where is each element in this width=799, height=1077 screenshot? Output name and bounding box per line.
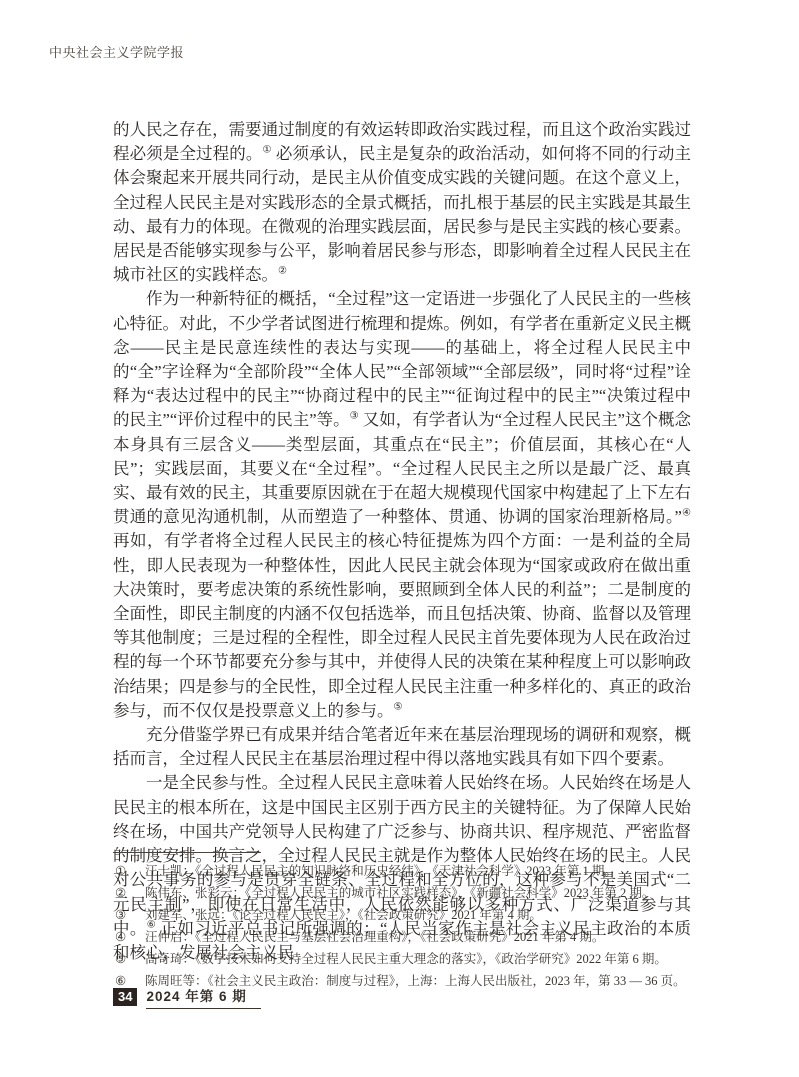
body-paragraph: 作为一种新特征的概括，“全过程”这一定语进一步强化了人民民主的一些核心特征。对此…	[113, 287, 691, 723]
footnote-marker: ⑤	[113, 950, 145, 968]
footnote-marker: ③	[113, 906, 145, 924]
footnotes-list: ①汪士凯：《全过程人民民主的知识脉络和历史经纬》，《天津社会科学》2023 年第…	[113, 862, 691, 990]
footnote-text: 汪仲启：《全过程人民民主与基层社会治理重构》，《社会政策研究》2021 年第 4…	[145, 928, 691, 946]
footnote-text: 高奇琦：《数字技术如何支持全过程人民民主重大理念的落实》，《政治学研究》2022…	[145, 950, 691, 968]
footnote-text: 陈伟东、张彩云：《全过程人民民主的城市社区实践样态》，《新疆社会科学》2023 …	[145, 884, 691, 902]
footnote-text: 刘建军、张远：《论全过程人民民主》，《社会政策研究》2021 年第 4 期。	[145, 906, 691, 924]
paragraph-text: 再如，有学者将全过程人民民主的核心特征提炼为四个方面：一是利益的全局性，即人民表…	[113, 531, 691, 719]
body-text: 的人民之存在，需要通过制度的有效运转即政治实践过程，而且这个政治实践过程必须是全…	[113, 118, 691, 965]
footnote-marker: ④	[113, 928, 145, 946]
footnote-item: ⑤高奇琦：《数字技术如何支持全过程人民民主重大理念的落实》，《政治学研究》202…	[113, 950, 691, 968]
paragraph-text: 必须承认，民主是复杂的政治活动，如何将不同的行动主体会聚起来开展共同行动，是民主…	[113, 144, 691, 284]
footnote-item: ②陈伟东、张彩云：《全过程人民民主的城市社区实践样态》，《新疆社会科学》2023…	[113, 884, 691, 902]
paragraph-text: 充分借鉴学界已有成果并结合笔者近年来在基层治理现场的调研和观察，概括而言，全过程…	[113, 725, 691, 768]
footnote-marker: ②	[113, 884, 145, 902]
footnote-item: ③刘建军、张远：《论全过程人民民主》，《社会政策研究》2021 年第 4 期。	[113, 906, 691, 924]
footnote-ref: ②	[278, 266, 287, 277]
issue-label: 2024 年第 6 期	[146, 985, 260, 1009]
footnote-marker: ①	[113, 862, 145, 880]
body-paragraph: 充分借鉴学界已有成果并结合笔者近年来在基层治理现场的调研和观察，概括而言，全过程…	[113, 723, 691, 771]
footnote-ref: ④	[682, 508, 691, 519]
paragraph-text: 作为一种新特征的概括，“全过程”这一定语进一步强化了人民民主的一些核心特征。对此…	[113, 289, 691, 429]
footnote-item: ①汪士凯：《全过程人民民主的知识脉络和历史经纬》，《天津社会科学》2023 年第…	[113, 862, 691, 880]
footnote-ref: ③	[350, 411, 359, 422]
footnote-ref: ⑤	[394, 701, 403, 712]
body-paragraph: 的人民之存在，需要通过制度的有效运转即政治实践过程，而且这个政治实践过程必须是全…	[113, 118, 691, 287]
footnote-item: ④汪仲启：《全过程人民民主与基层社会治理重构》，《社会政策研究》2021 年第 …	[113, 928, 691, 946]
running-head-journal-title: 中央社会主义学院学报	[49, 42, 184, 61]
page-number-badge: 34	[113, 988, 137, 1006]
footnotes-section: ①汪士凯：《全过程人民民主的知识脉络和历史经纬》，《天津社会科学》2023 年第…	[113, 852, 691, 994]
footnote-text: 汪士凯：《全过程人民民主的知识脉络和历史经纬》，《天津社会科学》2023 年第 …	[145, 862, 691, 880]
journal-page: 中央社会主义学院学报 的人民之存在，需要通过制度的有效运转即政治实践过程，而且这…	[0, 0, 799, 1077]
footnote-ref: ①	[263, 145, 272, 156]
footnote-separator-rule	[113, 852, 261, 853]
page-footer: 34 2024 年第 6 期	[113, 985, 261, 1009]
